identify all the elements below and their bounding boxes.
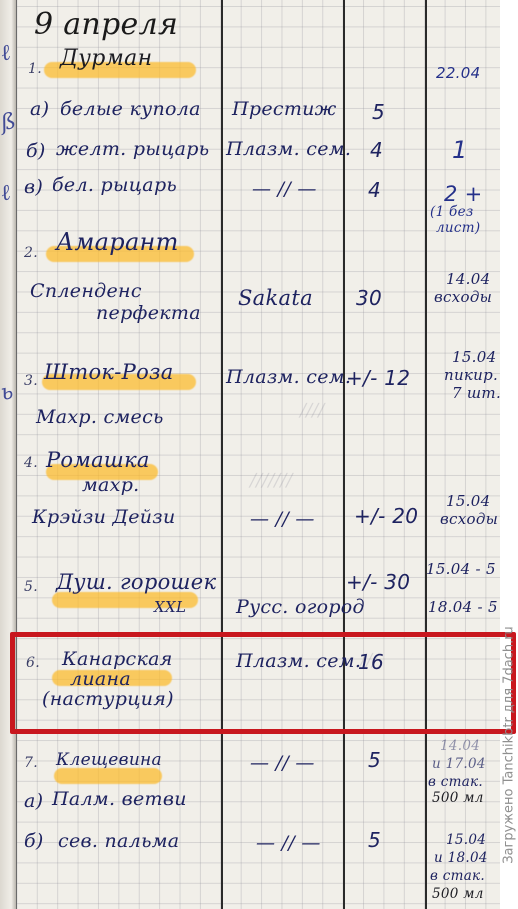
column-divider-notes xyxy=(425,0,427,909)
entry-note: 18.04 - 5 xyxy=(428,600,498,615)
ink-scribble: ℓ xyxy=(0,179,13,206)
item-count: 4 xyxy=(370,140,383,160)
item-note: 2 + xyxy=(444,184,483,205)
entry-variety: Крэйзи Дейзи xyxy=(32,508,176,527)
entry-name: Дурман xyxy=(60,48,152,70)
item-brand: — // — xyxy=(256,834,321,853)
item-note: и 18.04 xyxy=(434,852,488,866)
item-brand: Плазм. сем. xyxy=(226,140,351,159)
entry-name: Ромашка xyxy=(46,450,150,471)
notebook-page: ℓ ß ℓ ь ∕∕∕∕ ∕∕∕∕∕∕∕ ∕∕∕ 9 апреля 1. Дур… xyxy=(0,0,500,909)
item-label: а) xyxy=(24,792,43,811)
entry-note: и 17.04 xyxy=(432,758,486,772)
entry-name: Шток-Роза xyxy=(44,362,174,383)
entry-index: 4. xyxy=(24,456,38,470)
item-label: в) xyxy=(24,178,43,197)
ink-scribble: ь xyxy=(0,379,15,406)
item-count: 5 xyxy=(368,830,381,850)
ink-scribble: ℓ xyxy=(0,39,13,66)
item-name: Палм. ветви xyxy=(52,790,187,809)
item-note: 500 мл xyxy=(432,888,484,902)
watermark: Загружено Tanchikbtr для 7dach.ru xyxy=(502,626,517,864)
entry-count: +/- 20 xyxy=(354,506,418,526)
notebook-binding: ℓ ß ℓ ь xyxy=(0,0,17,909)
item-label: б) xyxy=(26,142,46,161)
item-brand: — // — xyxy=(252,180,317,199)
item-name: сев. пальма xyxy=(58,832,179,851)
item-label: а) xyxy=(30,100,49,119)
entry-variety: Махр. смесь xyxy=(36,408,164,427)
column-divider-brand xyxy=(221,0,223,909)
entry-name-line2: XXL xyxy=(154,600,186,615)
entry-note: пикир. xyxy=(444,368,498,383)
entry-index: 5. xyxy=(24,580,38,594)
item-name: желт. рыцарь xyxy=(56,140,209,159)
entry-count: +/- 12 xyxy=(346,368,410,388)
entry-index: 1. xyxy=(28,62,42,76)
highlighter-mark xyxy=(54,768,162,784)
entry-variety: перфекта xyxy=(96,304,201,323)
entry-note: 14.04 xyxy=(446,272,490,287)
entry-note: всходы xyxy=(440,512,498,527)
bleed-through: ∕∕∕∕∕∕∕ xyxy=(250,470,292,491)
item-note: в стак. xyxy=(430,870,485,884)
entry-name: Душ. горошек xyxy=(56,572,216,593)
entry-name-line2: махр. xyxy=(82,476,140,495)
item-note-extra: (1 без xyxy=(430,206,474,220)
item-brand: Престиж xyxy=(232,100,337,119)
entry-index: 2. xyxy=(24,246,38,260)
item-note: 15.04 xyxy=(446,834,486,848)
entry-brand: Плазм. сем. xyxy=(226,368,351,387)
entry-note: 500 мл xyxy=(432,792,484,806)
entry-count: 30 xyxy=(356,288,382,308)
item-name: белые купола xyxy=(60,100,201,119)
bleed-through: ∕∕∕∕ xyxy=(300,400,324,421)
entry-name: Клещевина xyxy=(56,752,162,769)
entry-note: 7 шт. xyxy=(452,386,501,401)
entry-brand: — // — xyxy=(250,754,315,773)
entry-note: 15.04 - 5 xyxy=(426,562,496,577)
entry-index: 7. xyxy=(24,756,38,770)
entry-count: 5 xyxy=(368,750,381,770)
entry-note: 22.04 xyxy=(436,66,480,81)
column-divider-count xyxy=(343,0,345,909)
entry-note: в стак. xyxy=(428,776,483,790)
entry-note: 15.04 xyxy=(452,350,496,365)
margin-line xyxy=(16,0,17,909)
entry-index: 3. xyxy=(24,374,38,388)
highlight-box xyxy=(10,632,516,734)
entry-note: 14.04 xyxy=(440,740,480,754)
item-note: 1 xyxy=(452,138,468,162)
item-count: 5 xyxy=(372,102,385,122)
date-heading: 9 апреля xyxy=(34,10,178,40)
entry-brand: Русс. огород xyxy=(236,598,365,617)
item-label: б) xyxy=(24,832,44,851)
item-name: бел. рыцарь xyxy=(52,176,177,195)
entry-variety: Спленденс xyxy=(30,282,142,301)
entry-note: 15.04 xyxy=(446,494,490,509)
entry-note: всходы xyxy=(434,290,492,305)
entry-brand: — // — xyxy=(250,510,315,529)
entry-name: Амарант xyxy=(56,230,179,254)
entry-count: +/- 30 xyxy=(346,572,410,592)
entry-brand: Sakata xyxy=(238,288,313,309)
item-count: 4 xyxy=(368,180,381,200)
item-note-extra: лист) xyxy=(436,222,480,236)
